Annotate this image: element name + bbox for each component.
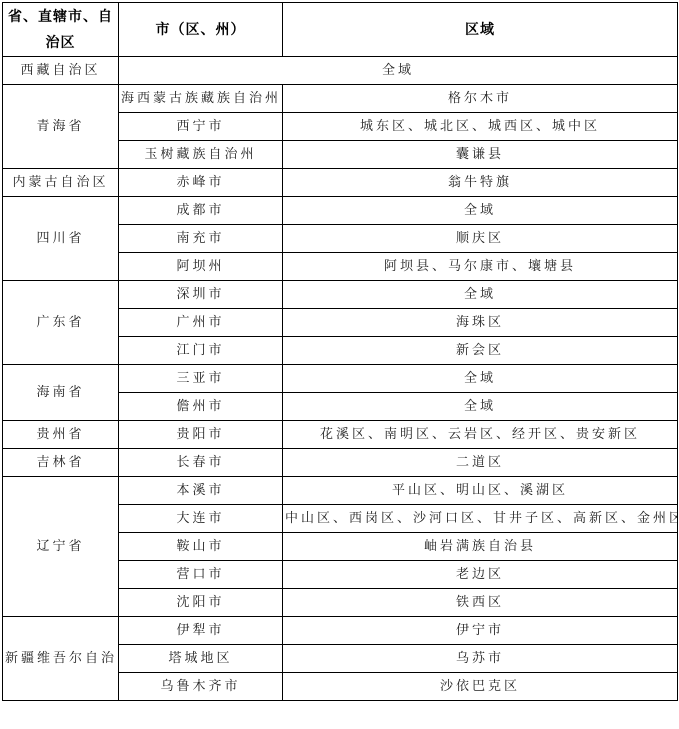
header-city: 市（区、州） — [119, 3, 283, 57]
city-cell: 大连市 — [119, 505, 283, 533]
area-cell: 格尔木市 — [283, 85, 678, 113]
province-cell: 西藏自治区 — [3, 57, 119, 85]
city-cell: 西宁市 — [119, 113, 283, 141]
city-cell: 赤峰市 — [119, 169, 283, 197]
area-cell: 伊宁市 — [283, 617, 678, 645]
area-cell: 城东区、城北区、城西区、城中区 — [283, 113, 678, 141]
area-cell: 老边区 — [283, 561, 678, 589]
table-row: 吉林省 长春市 二道区 — [3, 449, 678, 477]
province-cell: 四川省 — [3, 197, 119, 281]
header-province: 省、直辖市、自治区 — [3, 3, 119, 57]
table-row: 四川省 成都市 全域 — [3, 197, 678, 225]
table-row: 西藏自治区 全域 — [3, 57, 678, 85]
table-row: 青海省 海西蒙古族藏族自治州 格尔木市 — [3, 85, 678, 113]
city-cell: 儋州市 — [119, 393, 283, 421]
city-cell: 营口市 — [119, 561, 283, 589]
area-cell: 中山区、西岗区、沙河口区、甘井子区、高新区、金州区 — [283, 505, 678, 533]
province-cell: 内蒙古自治区 — [3, 169, 119, 197]
area-cell: 二道区 — [283, 449, 678, 477]
area-cell: 顺庆区 — [283, 225, 678, 253]
city-cell: 江门市 — [119, 337, 283, 365]
area-cell: 沙依巴克区 — [283, 673, 678, 701]
province-cell: 吉林省 — [3, 449, 119, 477]
province-cell: 海南省 — [3, 365, 119, 421]
area-cell: 全域 — [283, 197, 678, 225]
table-row: 辽宁省 本溪市 平山区、明山区、溪湖区 — [3, 477, 678, 505]
city-cell: 深圳市 — [119, 281, 283, 309]
area-cell: 平山区、明山区、溪湖区 — [283, 477, 678, 505]
city-cell: 广州市 — [119, 309, 283, 337]
province-cell: 贵州省 — [3, 421, 119, 449]
table-row: 新疆维吾尔自治区 伊犁市 伊宁市 — [3, 617, 678, 645]
city-cell: 阿坝州 — [119, 253, 283, 281]
area-cell: 岫岩满族自治县 — [283, 533, 678, 561]
table-row: 广东省 深圳市 全域 — [3, 281, 678, 309]
city-cell: 成都市 — [119, 197, 283, 225]
area-cell: 花溪区、南明区、云岩区、经开区、贵安新区 — [283, 421, 678, 449]
table-row: 内蒙古自治区 赤峰市 翁牛特旗 — [3, 169, 678, 197]
city-cell: 鞍山市 — [119, 533, 283, 561]
area-cell: 全域 — [283, 393, 678, 421]
header-area: 区域 — [283, 3, 678, 57]
area-cell: 铁西区 — [283, 589, 678, 617]
header-row: 省、直辖市、自治区 市（区、州） 区域 — [3, 3, 678, 57]
city-cell: 长春市 — [119, 449, 283, 477]
area-cell: 囊谦县 — [283, 141, 678, 169]
area-cell: 全域 — [283, 281, 678, 309]
province-cell: 广东省 — [3, 281, 119, 365]
city-cell: 伊犁市 — [119, 617, 283, 645]
area-cell: 全域 — [119, 57, 678, 85]
city-cell: 南充市 — [119, 225, 283, 253]
city-cell: 海西蒙古族藏族自治州 — [119, 85, 283, 113]
area-cell: 全域 — [283, 365, 678, 393]
area-cell: 海珠区 — [283, 309, 678, 337]
province-cell: 新疆维吾尔自治区 — [3, 617, 119, 701]
city-cell: 贵阳市 — [119, 421, 283, 449]
city-cell: 塔城地区 — [119, 645, 283, 673]
area-cell: 乌苏市 — [283, 645, 678, 673]
table-row: 贵州省 贵阳市 花溪区、南明区、云岩区、经开区、贵安新区 — [3, 421, 678, 449]
province-cell: 青海省 — [3, 85, 119, 169]
city-cell: 沈阳市 — [119, 589, 283, 617]
city-cell: 三亚市 — [119, 365, 283, 393]
province-cell: 辽宁省 — [3, 477, 119, 617]
city-cell: 玉树藏族自治州 — [119, 141, 283, 169]
area-cell: 阿坝县、马尔康市、壤塘县 — [283, 253, 678, 281]
area-cell: 翁牛特旗 — [283, 169, 678, 197]
table-row: 海南省 三亚市 全域 — [3, 365, 678, 393]
area-cell: 新会区 — [283, 337, 678, 365]
region-table: 省、直辖市、自治区 市（区、州） 区域 西藏自治区 全域 青海省 海西蒙古族藏族… — [2, 2, 678, 701]
city-cell: 本溪市 — [119, 477, 283, 505]
city-cell: 乌鲁木齐市 — [119, 673, 283, 701]
